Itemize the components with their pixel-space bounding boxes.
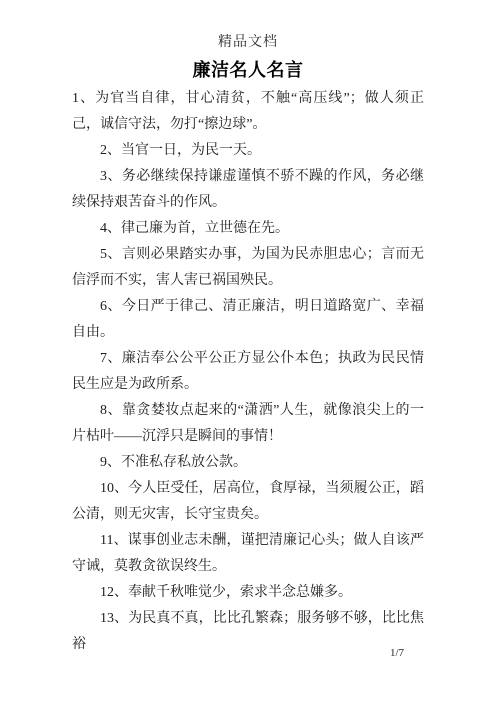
document-title: 廉洁名人名言 xyxy=(0,58,496,82)
paragraph: 6、今日严于律己、清正廉洁，明日道路宽广、幸福自由。 xyxy=(72,294,424,346)
paragraph: 9、不准私存私放公款。 xyxy=(72,450,424,476)
paragraph: 5、言则必果踏实办事，为国为民赤胆忠心；言而无信浮而不实，害人害已祸国殃民。 xyxy=(72,242,424,294)
paragraph: 7、廉洁奉公公平公正方显公仆本色；执政为民民情民生应是为政所系。 xyxy=(72,346,424,398)
paragraph: 3、务必继续保持谦虚谨慎不骄不躁的作风，务必继续保持艰苦奋斗的作风。 xyxy=(72,164,424,216)
document-header-watermark: 精品文档 xyxy=(0,34,496,52)
paragraph: 8、靠贪婪妆点起来的“潇洒”人生，就像浪尖上的一片枯叶——沉浮只是瞬间的事情！ xyxy=(72,398,424,450)
paragraph: 2、当官一日，为民一天。 xyxy=(72,138,424,164)
page-number: 1/7 xyxy=(372,646,404,660)
paragraph: 1、为官当自律，甘心清贫，不触“高压线”；做人须正己，诚信守法，勿打“擦边球”。 xyxy=(72,86,424,138)
paragraph: 12、奉献千秋唯觉少，索求半念总嫌多。 xyxy=(72,580,424,606)
paragraph: 11、谋事创业志未酬，谨把清廉记心头；做人自该严守诫，莫教贪欲误终生。 xyxy=(72,528,424,580)
paragraph: 10、今人臣受任，居高位，食厚禄，当须履公正，蹈公清，则无灾害，长守宝贵矣。 xyxy=(72,476,424,528)
paragraph: 4、律己廉为首，立世德在先。 xyxy=(72,216,424,242)
document-page: 精品文档 廉洁名人名言 1、为官当自律，甘心清贫，不触“高压线”；做人须正己，诚… xyxy=(0,0,496,702)
document-body: 1、为官当自律，甘心清贫，不触“高压线”；做人须正己，诚信守法，勿打“擦边球”。… xyxy=(72,86,424,658)
